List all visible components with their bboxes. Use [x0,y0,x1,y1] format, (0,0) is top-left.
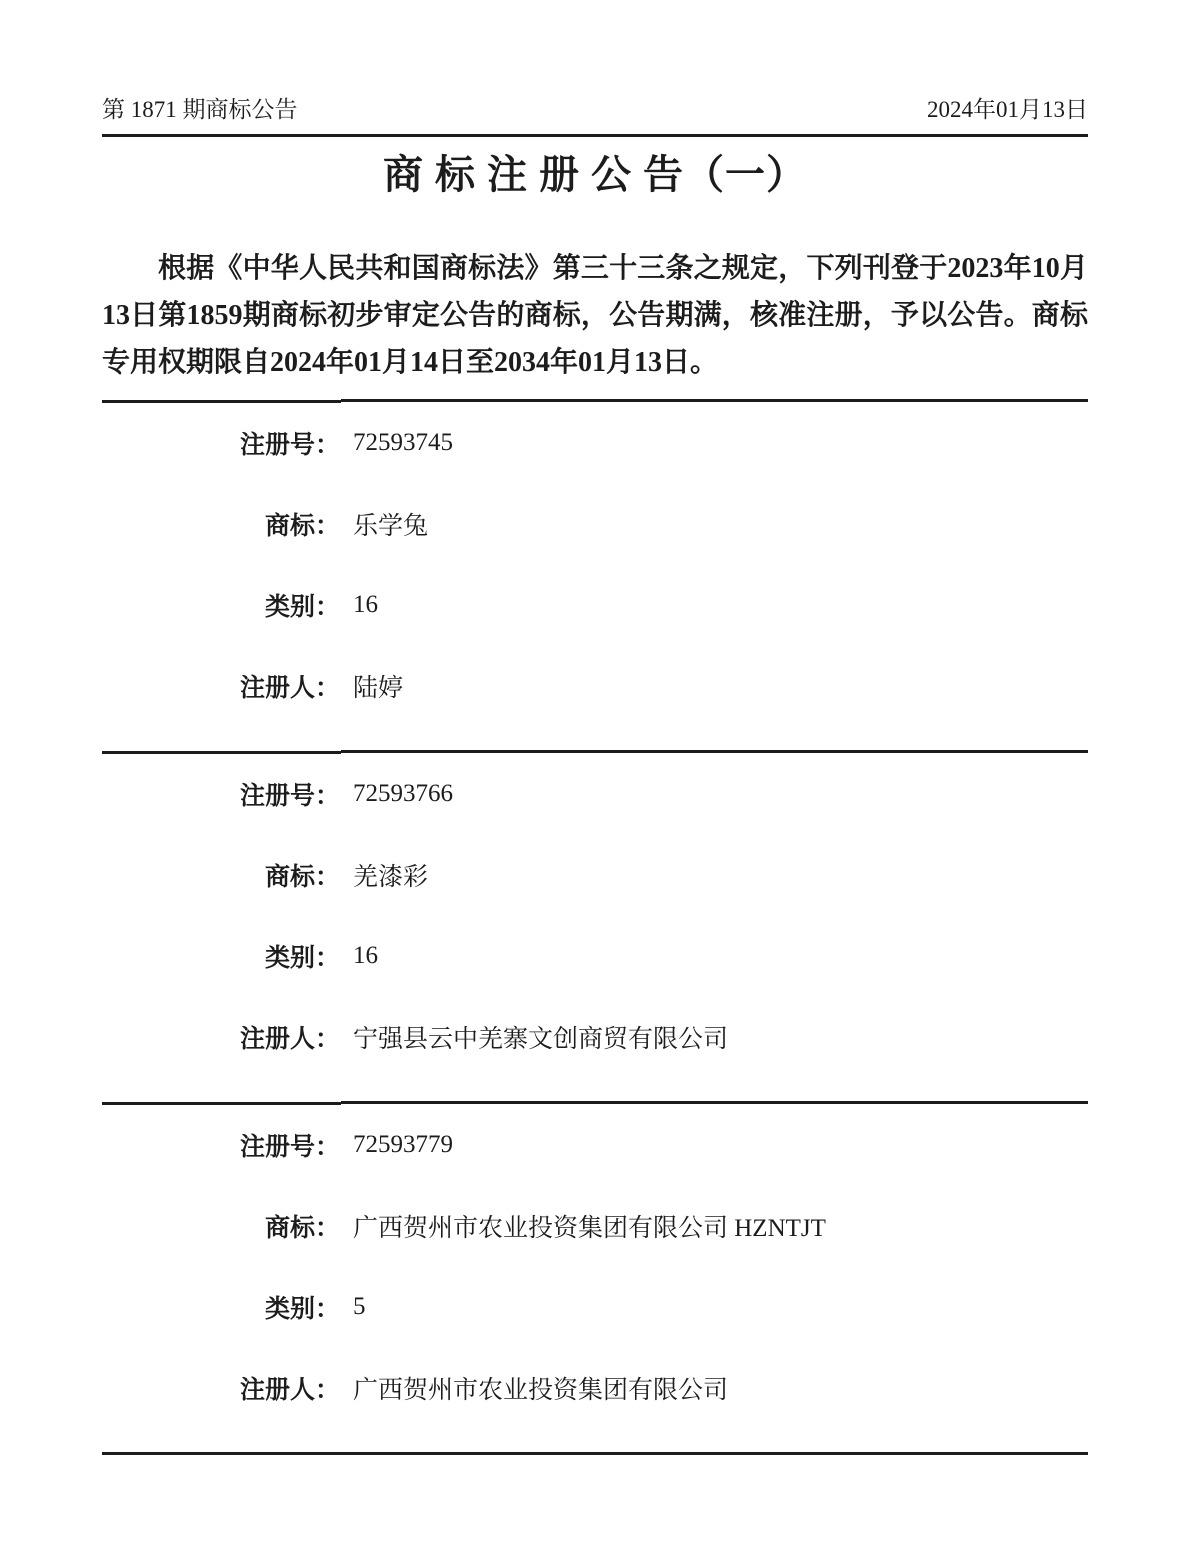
field-value-trademark: 羌漆彩 [353,857,428,893]
trademark-record: 注册号： 72593745 商标： 乐学兔 类别： 16 注册人： 陆婷 [102,399,1088,750]
field-value-trademark: 乐学兔 [353,506,428,542]
bottom-rule [102,1452,1088,1455]
gazette-page: 第 1871 期商标公告 2024年01月13日 商 标 注 册 公 告（一） … [0,0,1190,1455]
record-row-reg-no: 注册号： 72593766 [102,753,1088,834]
field-label-reg-no: 注册号： [102,425,340,461]
record-separator [102,1101,1088,1104]
trademark-record: 注册号： 72593779 商标： 广西贺州市农业投资集团有限公司 HZNTJT… [102,1101,1088,1452]
record-row-registrant: 注册人： 宁强县云中羌寨文创商贸有限公司 [102,996,1088,1077]
field-label-reg-no: 注册号： [102,776,340,812]
record-separator [102,750,1088,753]
field-label-reg-no: 注册号： [102,1127,340,1163]
field-value-registrant: 广西贺州市农业投资集团有限公司 [353,1370,728,1406]
field-value-registrant: 宁强县云中羌寨文创商贸有限公司 [353,1019,728,1055]
record-row-category: 类别： 5 [102,1266,1088,1347]
separator-left-segment [102,751,341,754]
field-label-trademark: 商标： [102,506,340,542]
separator-right-segment [341,399,1088,402]
field-value-category: 5 [353,1293,366,1321]
field-value-category: 16 [353,591,378,619]
field-value-category: 16 [353,942,378,970]
separator-left-segment [102,1102,341,1105]
record-row-trademark: 商标： 羌漆彩 [102,834,1088,915]
field-value-reg-no: 72593766 [353,780,453,808]
record-row-category: 类别： 16 [102,564,1088,645]
record-row-registrant: 注册人： 广西贺州市农业投资集团有限公司 [102,1347,1088,1428]
intro-paragraph: 根据《中华人民共和国商标法》第三十三条之规定，下列刊登于2023年10月13日第… [102,245,1088,386]
header-rule [102,134,1088,137]
field-label-category: 类别： [102,1289,340,1325]
record-row-trademark: 商标： 广西贺州市农业投资集团有限公司 HZNTJT [102,1185,1088,1266]
record-separator [102,399,1088,402]
separator-left-segment [102,400,341,403]
separator-right-segment [341,1101,1088,1104]
field-label-trademark: 商标： [102,857,340,893]
field-label-trademark: 商标： [102,1208,340,1244]
field-label-registrant: 注册人： [102,668,340,704]
record-row-category: 类别： 16 [102,915,1088,996]
field-label-category: 类别： [102,587,340,623]
field-label-registrant: 注册人： [102,1019,340,1055]
date-label: 2024年01月13日 [927,96,1088,124]
records-list: 注册号： 72593745 商标： 乐学兔 类别： 16 注册人： 陆婷 [102,399,1088,1455]
record-row-trademark: 商标： 乐学兔 [102,483,1088,564]
field-value-trademark: 广西贺州市农业投资集团有限公司 HZNTJT [353,1208,826,1244]
field-label-registrant: 注册人： [102,1370,340,1406]
field-value-reg-no: 72593745 [353,429,453,457]
page-header: 第 1871 期商标公告 2024年01月13日 [102,96,1088,124]
record-row-registrant: 注册人： 陆婷 [102,645,1088,726]
page-title: 商 标 注 册 公 告（一） [102,149,1088,201]
trademark-record: 注册号： 72593766 商标： 羌漆彩 类别： 16 注册人： 宁强县云中羌… [102,750,1088,1101]
separator-right-segment [341,750,1088,753]
field-label-category: 类别： [102,938,340,974]
issue-label: 第 1871 期商标公告 [102,96,298,124]
field-value-reg-no: 72593779 [353,1131,453,1159]
record-row-reg-no: 注册号： 72593779 [102,1104,1088,1185]
field-value-registrant: 陆婷 [353,668,403,704]
record-row-reg-no: 注册号： 72593745 [102,402,1088,483]
